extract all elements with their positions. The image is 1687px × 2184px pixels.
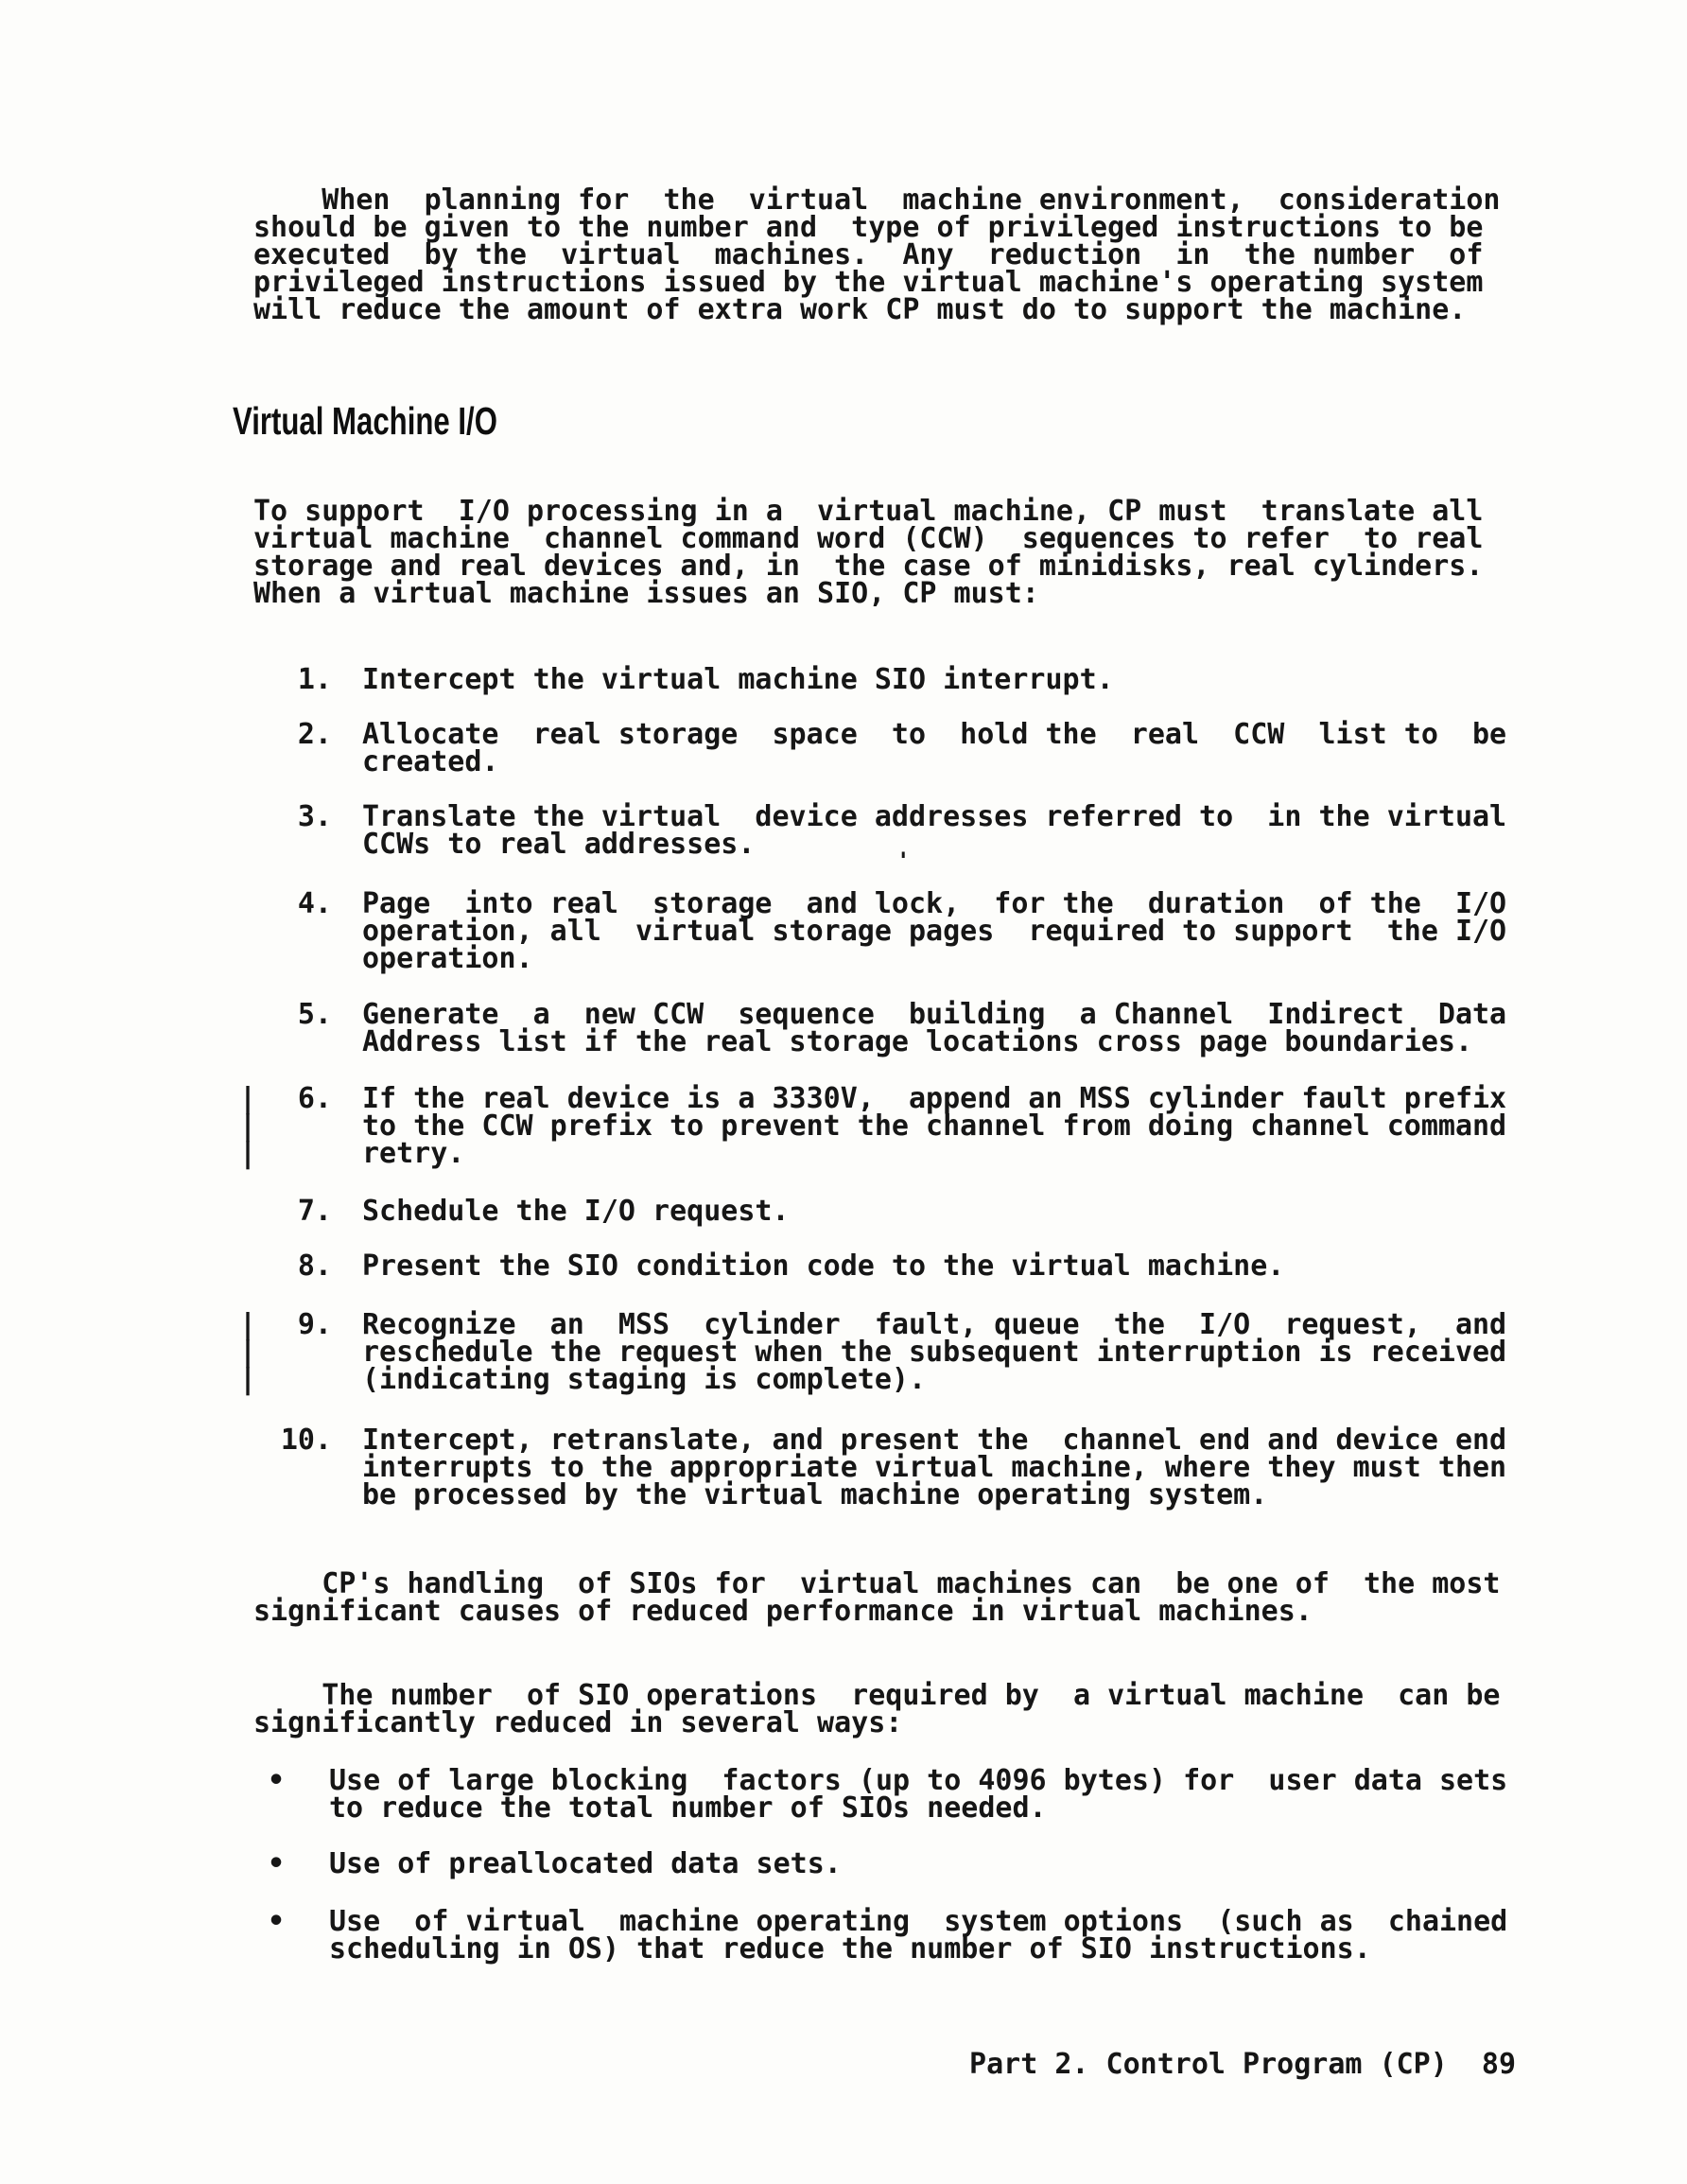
step-text: Intercept, retranslate, and present the … xyxy=(362,1426,1506,1509)
bullet-text: Use of preallocated data sets. xyxy=(329,1850,842,1878)
manual-page: When planning for the virtual machine en… xyxy=(0,0,1687,2184)
page-footer: Part 2. Control Program (CP) 89 xyxy=(969,2051,1516,2078)
step-number: 1. xyxy=(239,666,332,693)
step-text: Schedule the I/O request. xyxy=(362,1197,790,1225)
ink-speck: ' xyxy=(896,849,910,872)
bullet-text: Use of large blocking factors (up to 409… xyxy=(329,1767,1507,1822)
step-number: 4. xyxy=(239,890,332,917)
sio-handling-paragraph: CP's handling of SIOs for virtual machin… xyxy=(253,1570,1501,1625)
step-number: 2. xyxy=(239,721,332,748)
step-number: 8. xyxy=(239,1252,332,1280)
step-text: Intercept the virtual machine SIO interr… xyxy=(362,666,1114,693)
step-number: 6. xyxy=(239,1085,332,1112)
bullet-text: Use of virtual machine operating system … xyxy=(329,1908,1507,1963)
sio-reduction-paragraph: The number of SIO operations required by… xyxy=(253,1682,1501,1737)
step-number: 5. xyxy=(239,1001,332,1028)
step-text: If the real device is a 3330V, append an… xyxy=(362,1085,1506,1167)
step-text: Allocate real storage space to hold the … xyxy=(362,721,1506,776)
step-text: Recognize an MSS cylinder fault, queue t… xyxy=(362,1311,1506,1393)
step-number: 7. xyxy=(239,1197,332,1225)
step-number: 9. xyxy=(239,1311,332,1338)
step-text: Present the SIO condition code to the vi… xyxy=(362,1252,1284,1280)
bullet-marker: • xyxy=(268,1767,285,1794)
step-text: Translate the virtual device addresses r… xyxy=(362,803,1506,858)
bullet-marker: • xyxy=(268,1850,285,1878)
step-number: 10. xyxy=(239,1426,332,1454)
step-number: 3. xyxy=(239,803,332,830)
step-text: Generate a new CCW sequence building a C… xyxy=(362,1001,1506,1056)
opening-paragraph: When planning for the virtual machine en… xyxy=(253,186,1501,323)
section-heading: Virtual Machine I/O xyxy=(233,402,497,441)
intro-paragraph: To support I/O processing in a virtual m… xyxy=(253,498,1483,607)
step-text: Page into real storage and lock, for the… xyxy=(362,890,1506,972)
bullet-marker: • xyxy=(268,1908,285,1935)
